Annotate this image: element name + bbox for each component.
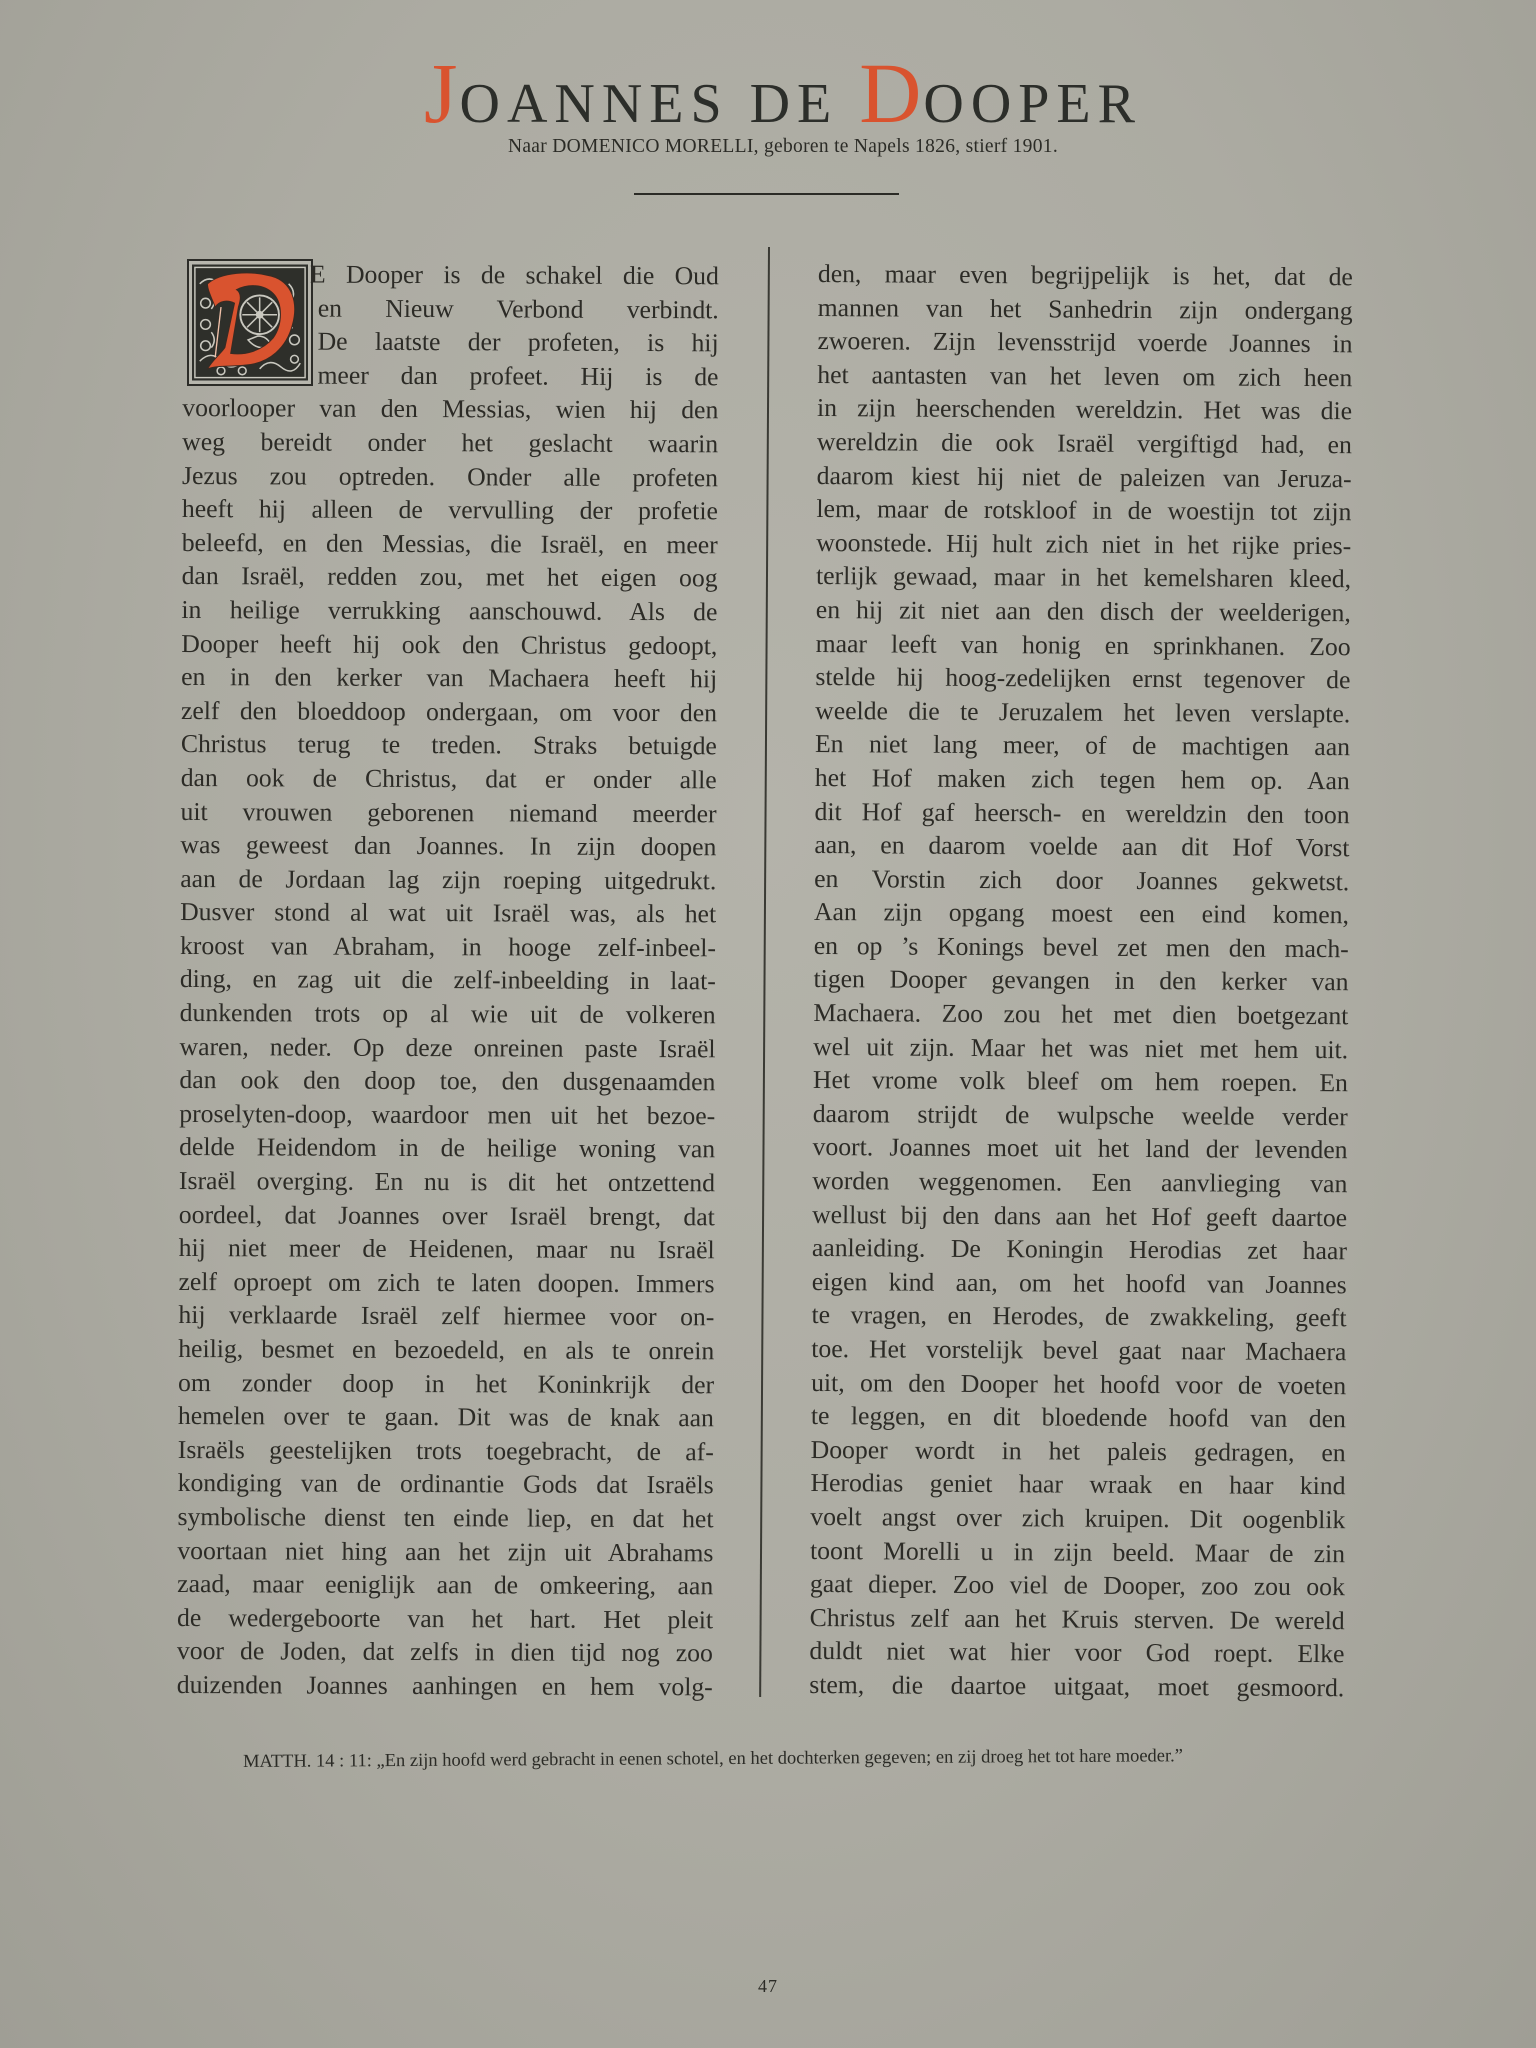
text-line: duizenden Joannes aanhingen en hem volg- (177, 1668, 713, 1704)
text-line: en hij zit niet aan den disch der weelde… (816, 593, 1351, 630)
text-line: worden weggenomen. Een aanvlieging van (812, 1164, 1347, 1201)
text-line: heeft hij alleen de vervulling der profe… (182, 492, 718, 528)
text-line: dan Israël, redden zou, met het eigen oo… (182, 559, 718, 595)
book-page: JOANNES DE DOOPER Naar DOMENICO MORELLI,… (0, 0, 1536, 2048)
text-line: Christus zelf aan het Kruis sterven. De … (810, 1601, 1345, 1638)
text-line: was geweest dan Joannes. In zijn doopen (180, 828, 716, 864)
text-line: zelf oproept om zich te laten doopen. Im… (178, 1265, 714, 1301)
text-line: Het vrome volk bleef om hem roepen. En (813, 1063, 1348, 1100)
title-part-1: OANNES DE (460, 73, 860, 135)
text-line: uit vrouwen geborenen niemand meerder (181, 794, 717, 830)
text-line: Dooper wordt in het paleis gedragen, en (811, 1433, 1346, 1470)
text-line: waren, neder. Op deze onreinen paste Isr… (179, 1030, 715, 1066)
text-line: Aan zijn opgang moest een eind komen, (814, 895, 1349, 932)
page-title: JOANNES DE DOOPER (0, 50, 1536, 136)
text-column-left: E Dooper is de schakel die Ouden Nieuw V… (177, 257, 719, 1704)
scripture-caption: MATTH. 14 : 11: „En zijn hoofd werd gebr… (243, 1745, 1363, 1773)
text-line: stelde hij hoog-zedelijken ernst tegenov… (815, 660, 1350, 697)
text-line: Dusver stond al wat uit Israël was, als … (180, 895, 716, 931)
title-initial-j: J (424, 45, 459, 141)
text-line: voorlooper van den Messias, wien hij den (182, 391, 718, 427)
text-line: zaad, maar eeniglijk aan de omkeering, a… (177, 1567, 713, 1603)
text-line: het aantasten van het leven om zich heen (817, 358, 1352, 395)
text-line: voelt angst over zich kruipen. Dit oogen… (810, 1500, 1345, 1537)
text-line: weelde die te Jeruzalem het leven versla… (815, 694, 1350, 731)
text-line: weg bereidt onder het geslacht waarin (182, 425, 718, 461)
text-line: zelf den bloeddoop ondergaan, om voor de… (181, 694, 717, 730)
text-line: zwoeren. Zijn levensstrijd voerde Joanne… (817, 324, 1352, 361)
text-line: eigen kind aan, om het hoofd van Joannes (812, 1265, 1347, 1302)
text-line: gaat dieper. Zoo viel de Dooper, zoo zou… (810, 1567, 1345, 1604)
text-line: kroost van Abraham, in hooge zelf-inbeel… (180, 929, 716, 965)
artist-credit: Naar DOMENICO MORELLI, geboren te Napels… (0, 136, 1536, 158)
text-line: wereldzin die ook Israël vergiftigd had,… (817, 425, 1352, 462)
text-line: in heilige verrukking aanschouwd. Als de (181, 593, 717, 629)
text-line: Jezus zou optreden. Onder alle profeten (182, 459, 718, 495)
text-line: symbolische dienst ten einde liep, en da… (177, 1500, 713, 1536)
text-line: heilig, besmet en bezoedeld, en als te o… (178, 1332, 714, 1368)
text-line: dan ook den doop toe, den dusgenaamden (179, 1063, 715, 1099)
text-line: Israël overging. En nu is dit het ontzet… (179, 1164, 715, 1200)
text-line: De laatste der profeten, is hij (183, 324, 719, 360)
text-line: woonstede. Hij hult zich niet in het rij… (816, 526, 1351, 563)
text-line: Christus terug te treden. Straks betuigd… (181, 727, 717, 763)
text-line: hij verklaarde Israël zelf hiermee voor … (178, 1298, 714, 1334)
text-line: om zonder doop in het Koninkrijk der (178, 1366, 714, 1402)
text-line: en Vorstin zich door Joannes gekwetst. (814, 862, 1349, 899)
text-line: uit, om den Dooper het hoofd voor de voe… (811, 1366, 1346, 1403)
text-line: toont Morelli u in zijn beeld. Maar de z… (810, 1534, 1345, 1571)
title-rule-divider (634, 193, 899, 195)
text-line: stem, die daartoe uitgaat, moet gesmoord… (809, 1668, 1344, 1705)
text-line: dunkenden trots op al wie uit de volkere… (180, 996, 716, 1032)
text-line: Israëls geestelijken trots toegebracht, … (178, 1433, 714, 1469)
text-line: En niet lang meer, of de machtigen aan (815, 727, 1350, 764)
title-initial-d: D (859, 45, 923, 141)
text-line: aan, en daarom voelde aan dit Hof Vorst (814, 828, 1349, 865)
text-line: lem, maar de rotskloof in de woestijn to… (816, 492, 1351, 529)
text-line: voort. Joannes moet uit het land der lev… (812, 1130, 1347, 1167)
title-part-2: OOPER (923, 73, 1142, 135)
text-line: aan de Jordaan lag zijn roeping uitgedru… (180, 862, 716, 898)
text-line: voor de Joden, dat zelfs in dien tijd no… (177, 1634, 713, 1670)
text-line: oordeel, dat Joannes over Israël brengt,… (179, 1198, 715, 1234)
text-line: dit Hof gaf heersch- en wereldzin den to… (815, 794, 1350, 831)
text-line: meer dan profeet. Hij is de (182, 358, 718, 394)
text-line: toe. Het vorstelijk bevel gaat naar Mach… (811, 1332, 1346, 1369)
text-line: hemelen over te gaan. Dit was de knak aa… (178, 1399, 714, 1435)
column-divider (759, 247, 770, 1697)
text-line: aanleiding. De Koningin Herodias zet haa… (812, 1231, 1347, 1268)
text-line: E Dooper is de schakel die Oud (183, 257, 719, 293)
text-line: dan ook de Christus, dat er onder alle (181, 761, 717, 797)
text-line: kondiging van de ordinantie Gods dat Isr… (178, 1466, 714, 1502)
text-line: voortaan niet hing aan het zijn uit Abra… (177, 1534, 713, 1570)
text-line: en Nieuw Verbond verbindt. (183, 291, 719, 327)
text-line: proselyten-doop, waardoor men uit het be… (179, 1097, 715, 1133)
text-line: en op ’s Konings bevel zet men den mach- (814, 929, 1349, 966)
text-line: wellust bij den dans aan het Hof geeft d… (812, 1198, 1347, 1235)
text-line: de wedergeboorte van het hart. Het pleit (177, 1601, 713, 1637)
text-line: en in den kerker van Machaera heeft hij (181, 660, 717, 696)
text-line: mannen van het Sanhedrin zijn ondergang (818, 291, 1353, 328)
text-line: ding, en zag uit die zelf-inbeelding in … (180, 962, 716, 998)
text-line: terlijk gewaad, maar in het kemelsharen … (816, 559, 1351, 596)
text-column-right: den, maar even begrijpelijk is het, dat … (809, 257, 1353, 1705)
text-line: het Hof maken zich tegen hem op. Aan (815, 761, 1350, 798)
page-number: 47 (0, 1976, 1536, 1997)
text-line: duldt niet wat hier voor God roept. Elke (809, 1634, 1344, 1671)
text-line: daarom strijdt de wulpsche weelde verder (813, 1097, 1348, 1134)
text-line: Herodias geniet haar wraak en haar kind (810, 1466, 1345, 1503)
text-line: te leggen, en dit bloedende hoofd van de… (811, 1399, 1346, 1436)
text-line: maar leeft van honig en sprinkhanen. Zoo (816, 627, 1351, 664)
text-line: daarom kiest hij niet de paleizen van Je… (817, 459, 1352, 496)
text-line: wel uit zijn. Maar het was niet met hem … (813, 1030, 1348, 1067)
text-line: te vragen, en Herodes, de zwakkeling, ge… (811, 1298, 1346, 1335)
text-line: hij niet meer de Heidenen, maar nu Israë… (179, 1231, 715, 1267)
text-line: den, maar even begrijpelijk is het, dat … (818, 257, 1353, 294)
text-line: tigen Dooper gevangen in den kerker van (813, 962, 1348, 999)
text-line: Machaera. Zoo zou het met dien boetgezan… (813, 996, 1348, 1033)
text-line: Dooper heeft hij ook den Christus gedoop… (181, 627, 717, 663)
text-line: in zijn heerschenden wereldzin. Het was … (817, 391, 1352, 428)
text-line: beleefd, en den Messias, die Israël, en … (182, 526, 718, 562)
text-line: delde Heidendom in de heilige woning van (179, 1130, 715, 1166)
